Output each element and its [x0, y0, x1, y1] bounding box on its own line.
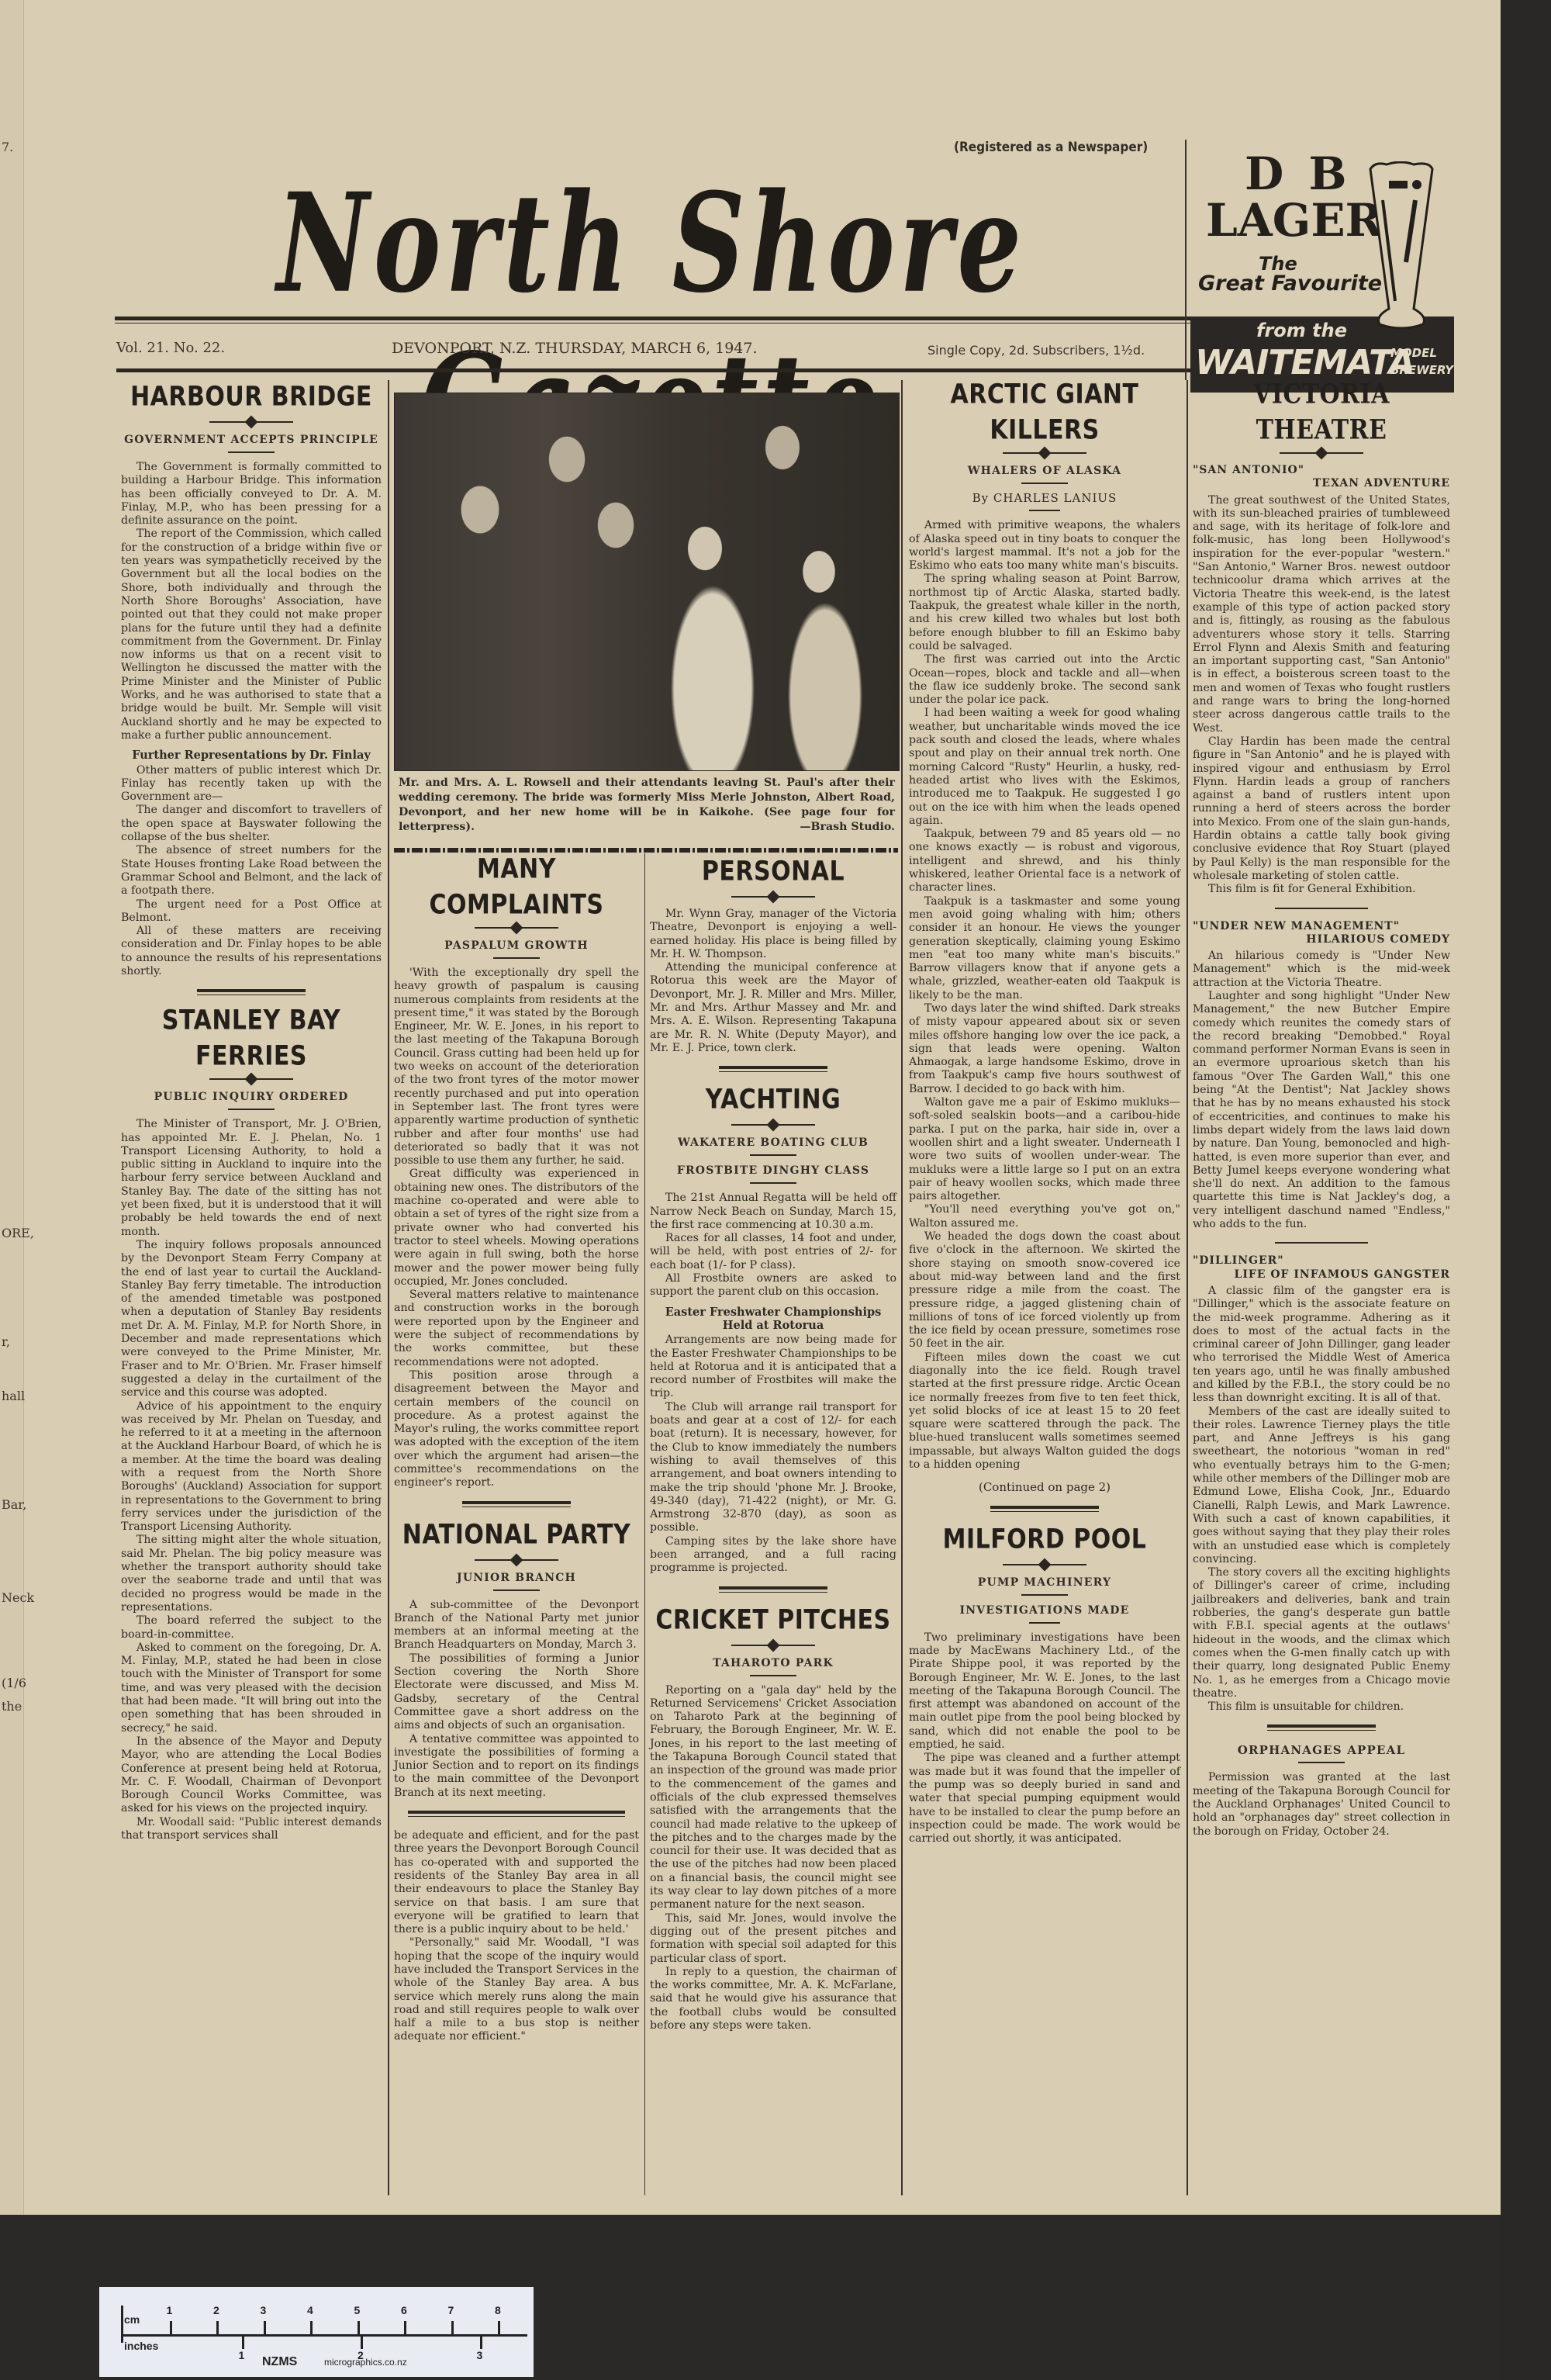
- subhead-taharoto: TAHAROTO PARK: [650, 1656, 896, 1670]
- article-paragraph: All Frostbite owners are asked to suppor…: [650, 1272, 896, 1299]
- article-paragraph: Advice of his appointment to the enquiry…: [121, 1400, 382, 1534]
- article-paragraph: This film is fit for General Exhibition.: [1193, 883, 1450, 896]
- headline-arctic: ARCTIC GIANT KILLERS: [909, 377, 1180, 448]
- continued-notice[interactable]: (Continued on page 2): [909, 1481, 1180, 1494]
- article-paragraph: I had been waiting a week for good whali…: [909, 707, 1180, 828]
- column-divider-1: [388, 380, 389, 2195]
- column-4: VICTORIA THEATRE "SAN ANTONIO" TEXAN ADV…: [1193, 382, 1450, 1839]
- db-lager-advert: D B LAGER The Great Favourite from the W…: [1190, 138, 1458, 363]
- article-paragraph: Several matters relative to maintenance …: [394, 1289, 639, 1369]
- dateline: DEVONPORT, N.Z. THURSDAY, MARCH 6, 1947.: [392, 340, 758, 357]
- article-paragraph: Two preliminary investigations have been…: [909, 1631, 1180, 1752]
- previous-page-fragment: the: [2, 1699, 22, 1714]
- article-paragraph: The absence of street numbers for the St…: [121, 844, 382, 898]
- ornament-divider: [1193, 448, 1450, 458]
- column-2a: MANY COMPLAINTS PASPALUM GROWTH 'With th…: [394, 856, 639, 2044]
- ad-model: MODEL: [1390, 346, 1437, 360]
- short-rule: [1021, 483, 1068, 484]
- ruler-inch-tick: [361, 2335, 363, 2349]
- article-paragraph: This film is unsuitable for children.: [1193, 1700, 1450, 1714]
- short-rule: [750, 1675, 796, 1676]
- ruler-cm-number: 8: [495, 2304, 501, 2316]
- previous-page-fragment: 7.: [2, 140, 13, 154]
- article-paragraph: "You'll need everything you've got on," …: [909, 1203, 1180, 1230]
- article-paragraph: Mr. Wynn Gray, manager of the Victoria T…: [650, 908, 896, 961]
- ornament-divider: [394, 923, 639, 932]
- ornament-divider: [650, 1120, 896, 1129]
- double-rule: [462, 1501, 571, 1507]
- article-paragraph: A classic film of the gangster era is "D…: [1193, 1285, 1450, 1406]
- ruler-cm-tick: [451, 2321, 454, 2335]
- subhead-whalers: WHALERS OF ALASKA: [909, 464, 1180, 478]
- ruler-cm-number: 7: [448, 2304, 454, 2316]
- article-paragraph: 'With the exceptionally dry spell the he…: [394, 967, 639, 1168]
- previous-page-fragment: hall: [2, 1389, 25, 1403]
- subhead-investigations: INVESTIGATIONS MADE: [909, 1603, 1180, 1617]
- article-paragraph: Attending the municipal conference at Ro…: [650, 961, 896, 1055]
- article-paragraph: The board referred the subject to the bo…: [121, 1614, 382, 1641]
- article-paragraph: Taakpuk, between 79 and 85 years old — n…: [909, 828, 1180, 894]
- article-paragraph: Great difficulty was experienced in obta…: [394, 1168, 639, 1289]
- article-paragraph: The Minister of Transport, Mr. J. O'Brie…: [121, 1118, 382, 1239]
- article-paragraph: Permission was granted at the last meeti…: [1193, 1771, 1450, 1838]
- masthead-rule-thin: [115, 323, 1191, 323]
- article-paragraph: In reply to a question, the chairman of …: [650, 1966, 896, 2032]
- ruler-website: micrographics.co.nz: [324, 2357, 407, 2368]
- previous-page-fragment: ORE,: [2, 1226, 34, 1240]
- article-paragraph: Clay Hardin has been made the central fi…: [1193, 735, 1450, 883]
- ornament-divider: [909, 1560, 1180, 1569]
- short-rule: [1021, 1594, 1068, 1596]
- article-paragraph: The Government is formally committed to …: [121, 461, 382, 528]
- headline-orphanages: ORPHANAGES APPEAL: [1193, 1743, 1450, 1757]
- ornament-divider: [121, 1074, 382, 1084]
- ruler-cm-number: 4: [307, 2304, 313, 2316]
- article-paragraph: The urgent need for a Post Office at Bel…: [121, 898, 382, 925]
- double-rule: [719, 1586, 827, 1593]
- ad-product: LAGER: [1206, 194, 1383, 247]
- subhead-government-accepts: GOVERNMENT ACCEPTS PRINCIPLE: [121, 433, 382, 447]
- ruler-cm-tick: [310, 2321, 313, 2335]
- article-paragraph: This position arose through a disagreeme…: [394, 1369, 639, 1490]
- article-paragraph: A tentative committee was appointed to i…: [394, 1733, 639, 1800]
- ornament-divider: [650, 892, 896, 901]
- headline-victoria-theatre: VICTORIA THEATRE: [1193, 377, 1450, 448]
- subhead-pump: PUMP MACHINERY: [909, 1576, 1180, 1590]
- headline-harbour-bridge: HARBOUR BRIDGE: [121, 379, 382, 415]
- ruler-inch-number: 3: [477, 2349, 483, 2361]
- film-subtitle: HILARIOUS COMEDY: [1193, 933, 1450, 946]
- article-paragraph: The report of the Commission, which call…: [121, 528, 382, 742]
- article-paragraph: The first was carried out into the Arcti…: [909, 653, 1180, 707]
- article-paragraph: The danger and discomfort to travellers …: [121, 804, 382, 844]
- short-rule: [1275, 1242, 1368, 1244]
- ruler-inch-number: 2: [358, 2349, 364, 2361]
- headline-yachting: YACHTING: [650, 1082, 896, 1118]
- article-paragraph: This, said Mr. Jones, would involve the …: [650, 1912, 896, 1966]
- article-paragraph: Other matters of public interest which D…: [121, 764, 382, 804]
- column-2b: PERSONAL Mr. Wynn Gray, manager of the V…: [650, 856, 896, 2032]
- double-rule: [719, 1066, 827, 1072]
- ornament-divider: [909, 448, 1180, 458]
- article-paragraph: The inquiry follows proposals announced …: [121, 1239, 382, 1400]
- column-3: ARCTIC GIANT KILLERS WHALERS OF ALASKA B…: [909, 382, 1180, 1846]
- article-paragraph: The 21st Annual Regatta will be held off…: [650, 1192, 896, 1232]
- article-paragraph: The possibilities of forming a Junior Se…: [394, 1652, 639, 1733]
- previous-page-fragment: Bar,: [2, 1497, 26, 1512]
- article-paragraph: In the absence of the Mayor and Deputy M…: [121, 1735, 382, 1816]
- short-rule: [493, 1590, 540, 1591]
- ad-brand: D B: [1245, 147, 1352, 200]
- ruler-cm-tick: [404, 2321, 406, 2335]
- price: Single Copy, 2d. Subscribers, 1½d.: [927, 343, 1145, 358]
- ad-tagline-2: Great Favourite: [1198, 272, 1382, 296]
- ruler-cm-tick: [498, 2321, 500, 2335]
- column-1: HARBOUR BRIDGE GOVERNMENT ACCEPTS PRINCI…: [121, 382, 382, 1842]
- article-paragraph: Armed with primitive weapons, the whaler…: [909, 519, 1180, 573]
- film-title: "DILLINGER": [1193, 1254, 1450, 1268]
- previous-page-fragment: Neck: [2, 1590, 34, 1605]
- subhead-frostbite: FROSTBITE DINGHY CLASS: [650, 1164, 896, 1178]
- article-paragraph: The spring whaling season at Point Barro…: [909, 573, 1180, 653]
- ruler-cm-number: 5: [354, 2304, 361, 2316]
- ruler-inch-tick: [480, 2335, 482, 2349]
- subhead-junior-branch: JUNIOR BRANCH: [394, 1571, 639, 1585]
- wedding-photo: [394, 393, 900, 771]
- subhead-paspalum: PASPALUM GROWTH: [394, 939, 639, 953]
- subhead-wakatere: WAKATERE BOATING CLUB: [650, 1136, 896, 1150]
- short-rule: [750, 1154, 796, 1156]
- article-paragraph: A sub-committee of the Devonport Branch …: [394, 1599, 639, 1652]
- ruler-cm-tick: [264, 2321, 266, 2335]
- short-rule: [228, 451, 275, 453]
- short-rule: [228, 1109, 275, 1110]
- headline-national-party: NATIONAL PARTY: [394, 1517, 639, 1553]
- ruler-cm-tick: [170, 2321, 172, 2335]
- article-paragraph: "Personally," said Mr. Woodall, "I was h…: [394, 1936, 639, 2043]
- article-paragraph: Laughter and song highlight "Under New M…: [1193, 990, 1450, 1231]
- article-paragraph: Mr. Woodall said: "Public interest deman…: [121, 1816, 382, 1843]
- ad-brewery: BREWERY: [1390, 363, 1453, 377]
- subsection-heading: Further Representations by Dr. Finlay: [121, 749, 382, 762]
- article-paragraph: The pipe was cleaned and a further attem…: [909, 1752, 1180, 1846]
- short-rule: [750, 1182, 796, 1184]
- article-paragraph: An hilarious comedy is "Under New Manage…: [1193, 950, 1450, 990]
- column-divider-center: [644, 853, 645, 2195]
- article-paragraph: The Club will arrange rail transport for…: [650, 1401, 896, 1535]
- article-paragraph: Races for all classes, 14 foot and under…: [650, 1232, 896, 1272]
- double-rule: [1267, 1724, 1376, 1731]
- photo-caption: Mr. and Mrs. A. L. Rowsell and their att…: [399, 776, 895, 835]
- short-rule: [1029, 1622, 1060, 1624]
- scale-ruler: cm inches NZMS micrographics.co.nz 12345…: [99, 2287, 534, 2377]
- ruler-cm-number: 6: [401, 2304, 407, 2316]
- masthead-rule-bottom: [116, 368, 1190, 372]
- article-paragraph: Arrangements are now being made for the …: [650, 1334, 896, 1400]
- article-paragraph: be adequate and efficient, and for the p…: [394, 1829, 639, 1936]
- ruler-line: [123, 2334, 527, 2337]
- film-title: "UNDER NEW MANAGEMENT": [1193, 920, 1450, 933]
- headline-milford-pool: MILFORD POOL: [909, 1522, 1180, 1558]
- ruler-start-tick: [121, 2306, 123, 2343]
- short-rule: [1275, 908, 1368, 909]
- ruler-cm-number: 3: [261, 2304, 267, 2316]
- article-paragraph: We headed the dogs down the coast about …: [909, 1230, 1180, 1351]
- ornament-divider: [394, 1555, 639, 1565]
- ruler-cm-tick: [358, 2321, 360, 2335]
- photo-credit: —Brash Studio.: [800, 820, 895, 835]
- short-rule: [1298, 1762, 1345, 1763]
- ad-brewery-suffix: MODELBREWERY: [1390, 344, 1453, 379]
- ruler-brand: NZMS: [262, 2355, 297, 2369]
- article-paragraph: Asked to comment on the foregoing, Dr. A…: [121, 1641, 382, 1735]
- ruler-cm-number: 2: [213, 2304, 219, 2316]
- previous-page-fragment: (1/6: [2, 1676, 26, 1690]
- article-paragraph: Camping sites by the lake shore have bee…: [650, 1535, 896, 1576]
- volume-number: Vol. 21. No. 22.: [116, 340, 225, 356]
- film-subtitle: LIFE OF INFAMOUS GANGSTER: [1193, 1268, 1450, 1282]
- article-paragraph: Walton gave me a pair of Eskimo mukluks—…: [909, 1096, 1180, 1203]
- article-paragraph: Members of the cast are ideally suited t…: [1193, 1406, 1450, 1567]
- ruler-cm-number: 1: [167, 2304, 173, 2316]
- ornament-divider: [121, 417, 382, 427]
- article-paragraph: Taakpuk is a taskmaster and some young m…: [909, 895, 1180, 1002]
- ruler-cm-tick: [216, 2321, 219, 2335]
- article-paragraph: The great southwest of the United States…: [1193, 494, 1450, 735]
- ruler-inch-tick: [242, 2335, 244, 2349]
- article-paragraph: Reporting on a "gala day" held by the Re…: [650, 1684, 896, 1912]
- double-rule: [408, 1811, 625, 1817]
- headline-cricket-pitches: CRICKET PITCHES: [650, 1603, 896, 1638]
- ruler-inch-number: 1: [239, 2349, 245, 2361]
- headline-personal: PERSONAL: [650, 854, 896, 890]
- double-rule: [990, 1506, 1099, 1512]
- double-rule: [197, 989, 306, 995]
- ad-separator: [1185, 140, 1187, 380]
- article-paragraph: The sitting might alter the whole situat…: [121, 1534, 382, 1614]
- subhead-public-inquiry: PUBLIC INQUIRY ORDERED: [121, 1090, 382, 1104]
- film-title: "SAN ANTONIO": [1193, 464, 1450, 477]
- headline-stanley-bay: STANLEY BAY FERRIES: [121, 1003, 382, 1074]
- article-paragraph: The story covers all the exciting highli…: [1193, 1566, 1450, 1700]
- ruler-cm-label: cm: [124, 2313, 140, 2326]
- film-subtitle: TEXAN ADVENTURE: [1193, 477, 1450, 490]
- short-rule: [1029, 510, 1060, 511]
- byline: By CHARLES LANIUS: [909, 492, 1180, 505]
- ornament-divider: [650, 1641, 896, 1650]
- ruler-inches-label: inches: [124, 2340, 158, 2352]
- subsection-heading: Easter Freshwater Championships Held at …: [650, 1306, 896, 1333]
- short-rule: [493, 957, 540, 959]
- scan-background-edge: [1501, 0, 1551, 2380]
- article-paragraph: All of these matters are receiving consi…: [121, 925, 382, 978]
- article-paragraph: Fifteen miles down the coast we cut diag…: [909, 1351, 1180, 1472]
- previous-page-fragment: r,: [2, 1334, 10, 1349]
- beer-glass-icon: [1367, 161, 1435, 332]
- registered-notice: (Registered as a Newspaper): [954, 140, 1148, 155]
- ad-from: from the: [1256, 320, 1347, 341]
- masthead-rule-top: [115, 317, 1191, 320]
- article-paragraph: Two days later the wind shifted. Dark st…: [909, 1002, 1180, 1096]
- headline-many-complaints: MANY COMPLAINTS: [394, 852, 639, 923]
- column-divider-3: [1187, 380, 1188, 2195]
- previous-page-edge: 7.ORE,r,hallBar,Neck(1/6the: [0, 0, 24, 2215]
- column-divider-2: [901, 380, 903, 2195]
